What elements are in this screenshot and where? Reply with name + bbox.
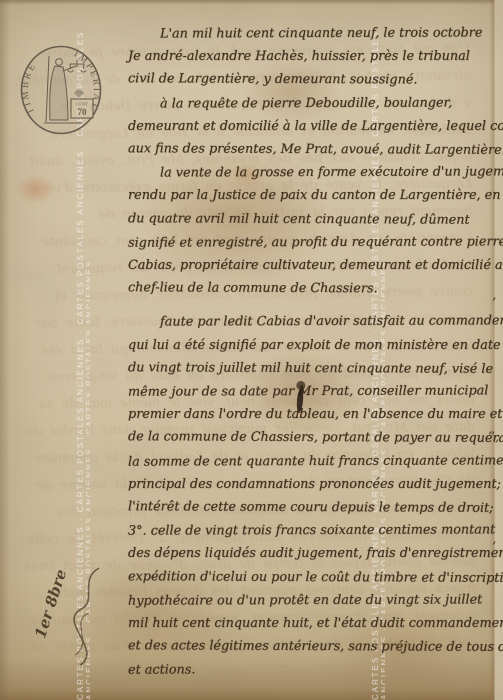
- manuscript-line: L'an mil huit cent cinquante neuf, le tr…: [128, 21, 500, 46]
- manuscript-line: aux fins des présentes, Me Prat, avoué, …: [128, 137, 500, 162]
- manuscript-line: chef-lieu de la commune de Chassiers.: [128, 276, 500, 301]
- manuscript-line: des dépens liquidés audit jugement, frai…: [128, 542, 500, 565]
- manuscript-line: du quatre avril mil huit cent cinquante …: [128, 207, 500, 232]
- manuscript-line: l'intérêt de cette somme couru depuis le…: [128, 495, 500, 520]
- edge-ink-mark: ’: [492, 540, 496, 555]
- manuscript-line: civil de Largentière, y demeurant soussi…: [128, 68, 500, 93]
- stamp-denomination-value: 70: [78, 107, 88, 117]
- edge-ink-mark: ’,: [491, 430, 499, 445]
- manuscript-paragraph: la vente de la grosse en forme exécutoir…: [128, 161, 500, 300]
- manuscript-line: signifié et enregistré, au profit du req…: [128, 230, 500, 255]
- manuscript-line: du vingt trois juillet mil huit cent cin…: [128, 356, 500, 381]
- manuscript-line: Cabias, propriétaire cultivateur, demeur…: [128, 254, 500, 277]
- manuscript-paragraph: à la requête de pierre Deboudille, boula…: [128, 92, 500, 162]
- manuscript-line: la somme de cent quarante huit francs ci…: [128, 449, 500, 474]
- manuscript-line: qui lui a été signifié par exploit de mo…: [128, 334, 500, 357]
- stamp-denomination-label: CENT: [76, 102, 88, 107]
- manuscript-line: rendu par la Justice de paix du canton d…: [128, 184, 500, 207]
- manuscript-line: mil huit cent cinquante huit, et l'état …: [128, 612, 500, 635]
- manuscript-line: à la requête de pierre Deboudille, boula…: [128, 91, 500, 116]
- manuscript-line: principal des condamnations prononcées a…: [128, 473, 500, 496]
- manuscript-line: demeurant et domicilié à la ville de Lar…: [128, 115, 500, 138]
- edge-ink-mark: ’: [492, 296, 496, 311]
- manuscript-line: expédition d'icelui ou pour le coût du t…: [128, 565, 500, 590]
- manuscript-line: et des actes légitimes antérieurs, sans …: [128, 634, 500, 659]
- manuscript-line: la vente de la grosse en forme exécutoir…: [128, 161, 500, 186]
- revenue-stamp: TIMBRE IMPERIAL CENT 70: [19, 44, 103, 136]
- manuscript-line: et actions.: [128, 658, 500, 683]
- stamp-denomination: CENT 70: [71, 99, 93, 118]
- manuscript-paragraph: L'an mil huit cent cinquante neuf, le tr…: [128, 22, 500, 92]
- manuscript-line: de la commune de Chassiers, portant de p…: [128, 426, 500, 451]
- manuscript-line: même jour de sa date par Mr Prat, consei…: [128, 379, 500, 404]
- manuscript-line: Je andré-alexandre Hachès, huissier, prè…: [128, 45, 500, 68]
- manuscript-page: L'an mil huit cent cinquante neuf, le tr…: [0, 0, 503, 700]
- manuscript-line: 3°. celle de vingt trois francs soixante…: [128, 519, 500, 544]
- manuscript-line: premier dans l'ordre du tableau, en l'ab…: [128, 403, 500, 426]
- manuscript-line: faute par ledit Cabias d'avoir satisfait…: [128, 310, 500, 335]
- manuscript-line: hypothécaire ou d'un protêt en date du v…: [128, 588, 500, 613]
- manuscript-paragraph: faute par ledit Cabias d'avoir satisfait…: [128, 310, 500, 681]
- manuscript: L'an mil huit cent cinquante neuf, le tr…: [128, 22, 500, 682]
